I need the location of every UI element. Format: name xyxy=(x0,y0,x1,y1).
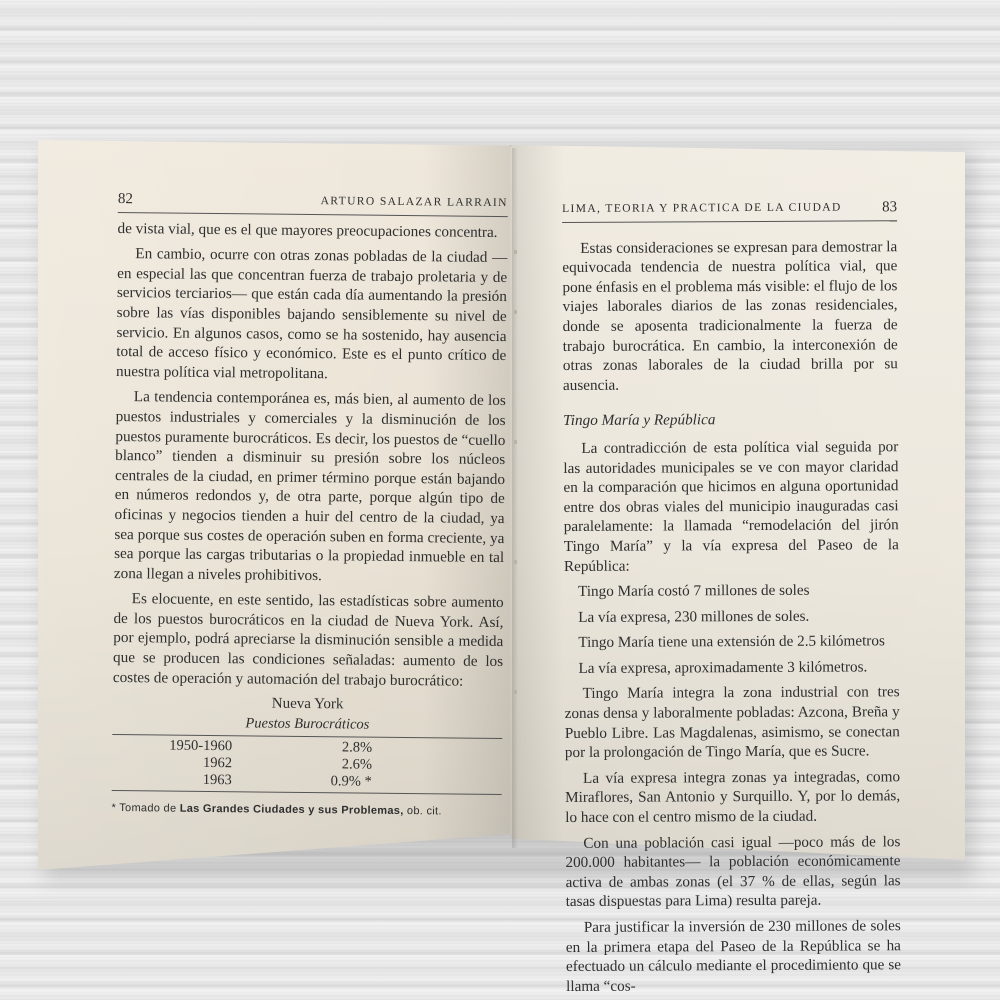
binding-stitch xyxy=(514,440,517,444)
footnote: * Tomado de Las Grandes Ciudades y sus P… xyxy=(111,799,501,823)
value-cell: 2.8% xyxy=(232,739,402,758)
year-cell: 1963 xyxy=(112,771,232,789)
comparison-line: La vía expresa, 230 millones de soles. xyxy=(564,606,899,627)
paragraph: Con una población casi igual —poco más d… xyxy=(565,832,900,912)
comparison-line: Tingo María tiene una extensión de 2.5 k… xyxy=(564,632,899,653)
footnote-prefix: * Tomado de xyxy=(111,802,179,815)
table-subtitle: Puestos Burocráticos xyxy=(112,713,502,737)
value-cell: 2.6% xyxy=(232,756,402,775)
binding-stitch xyxy=(514,560,517,564)
binding-stitch xyxy=(514,690,517,694)
binding-stitch xyxy=(514,250,517,254)
statistics-table: Nueva York Puestos Burocráticos 1950-196… xyxy=(112,693,503,795)
right-running-head: LIMA, TEORIA Y PRACTICA DE LA CIUDAD 83 xyxy=(562,198,897,222)
paragraph: Para justificar la inversión de 230 mill… xyxy=(566,916,901,996)
comparison-line: La vía expresa, aproximadamente 3 kilóme… xyxy=(564,657,899,678)
table-body: 1950-1960 2.8% 1962 2.6% 1963 0.9% * xyxy=(112,734,503,795)
comparison-line: Tingo María costó 7 millones de soles xyxy=(564,580,899,601)
paragraph: de vista vial, que es el que mayores pre… xyxy=(117,219,507,243)
footnote-suffix: ob. cit. xyxy=(404,805,442,817)
author-name: ARTURO SALAZAR LARRAIN xyxy=(321,192,508,214)
paragraph: En cambio, ocurre con otras zonas poblad… xyxy=(116,244,507,385)
footnote-source: Las Grandes Ciudades y sus Problemas, xyxy=(180,803,404,817)
right-page-content: LIMA, TEORIA Y PRACTICA DE LA CIUDAD 83 … xyxy=(562,198,901,1000)
year-cell: 1950-1960 xyxy=(112,737,232,755)
page-number: 82 xyxy=(118,190,133,210)
year-cell: 1962 xyxy=(112,754,232,772)
page-number: 83 xyxy=(882,198,897,218)
left-page-content: 82 ARTURO SALAZAR LARRAIN de vista vial,… xyxy=(111,190,508,823)
paragraph: La tendencia contemporánea es, más bien,… xyxy=(114,387,506,587)
paragraph: Estas consideraciones se expresan para d… xyxy=(562,237,898,396)
section-heading: Tingo María y República xyxy=(563,410,898,431)
value-cell: 0.9% * xyxy=(232,773,402,792)
paragraph: La contradicción de esta política vial s… xyxy=(563,437,899,576)
left-running-head: 82 ARTURO SALAZAR LARRAIN xyxy=(118,190,508,217)
binding-stitch xyxy=(514,310,517,314)
table-row: 1963 0.9% * xyxy=(112,771,502,792)
paragraph: La vía expresa integra zonas ya integrad… xyxy=(565,767,900,828)
paragraph: Es elocuente, en este sentido, las estad… xyxy=(113,589,504,691)
paragraph: Tingo María integra la zona industrial c… xyxy=(565,683,900,763)
book-title: LIMA, TEORIA Y PRACTICA DE LA CIUDAD xyxy=(562,199,842,220)
